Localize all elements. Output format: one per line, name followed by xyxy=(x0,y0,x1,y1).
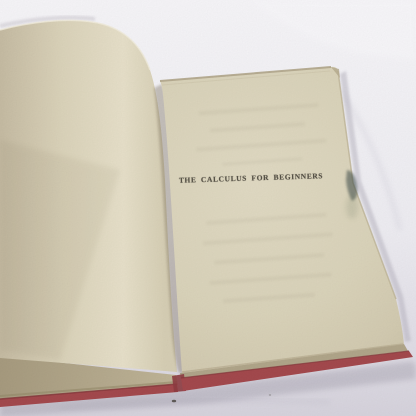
book-photo: THE CALCULUS FOR BEGINNERS xyxy=(0,0,416,416)
photo-grain xyxy=(0,0,416,416)
book-photo-svg xyxy=(0,0,416,416)
